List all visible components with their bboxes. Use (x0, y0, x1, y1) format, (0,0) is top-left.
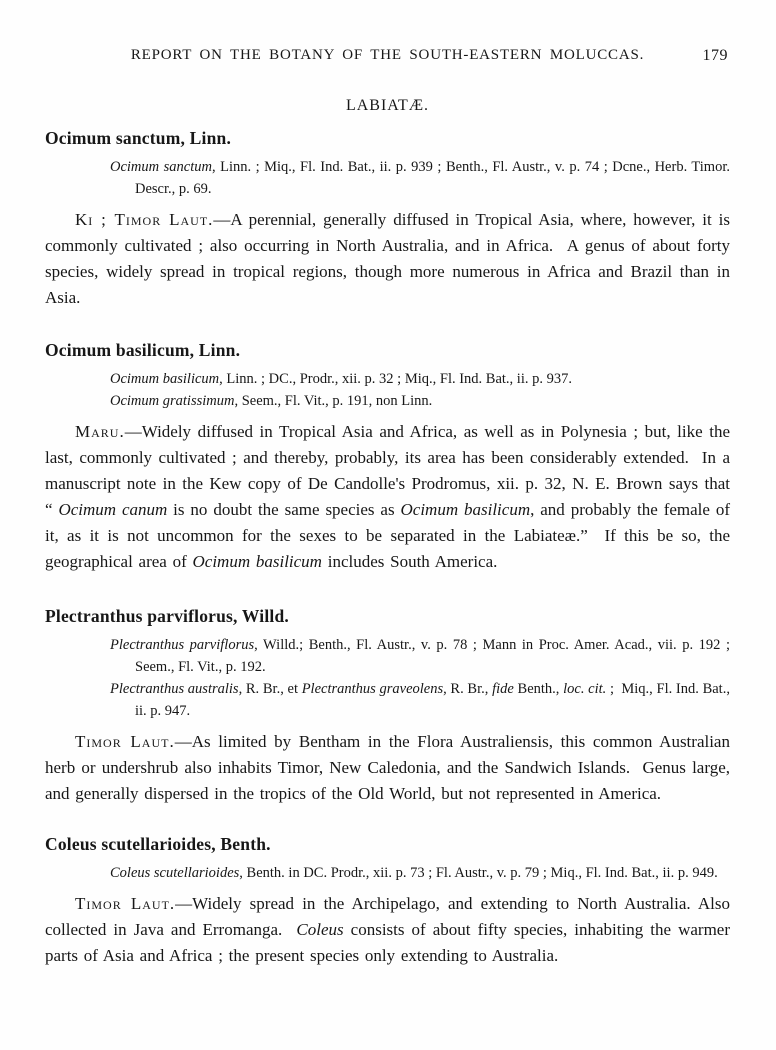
book-page: REPORT ON THE BOTANY OF THE SOUTH-EASTER… (0, 0, 776, 1050)
description-paragraph: Maru.—Widely diffused in Tropical Asia a… (45, 419, 730, 575)
synonymy-citation: Ocimum sanctum, Linn. ; Miq., Fl. Ind. B… (135, 156, 730, 200)
synonymy-citation: Plectranthus australis, R. Br., et Plect… (135, 678, 730, 722)
running-header-title: REPORT ON THE BOTANY OF THE SOUTH-EASTER… (131, 47, 644, 63)
running-header: REPORT ON THE BOTANY OF THE SOUTH-EASTER… (45, 47, 730, 64)
species-heading: Ocimum sanctum, Linn. (45, 128, 730, 149)
description-paragraph: Ki ; Timor Laut.—A perennial, generally … (45, 207, 730, 311)
page-number: 179 (703, 47, 729, 65)
synonymy-citation: Ocimum gratissimum, Seem., Fl. Vit., p. … (135, 390, 730, 412)
section-title: LABIATÆ. (45, 97, 730, 115)
synonymy-citation: Ocimum basilicum, Linn. ; DC., Prodr., x… (135, 368, 730, 390)
synonymy-citation: Coleus scutellarioides, Benth. in DC. Pr… (135, 862, 730, 884)
species-entry-ocimum-sanctum: Ocimum sanctum, Linn. Ocimum sanctum, Li… (45, 128, 730, 311)
species-entry-coleus-scutellarioides: Coleus scutellarioides, Benth. Coleus sc… (45, 834, 730, 969)
description-paragraph: Timor Laut.—As limited by Bentham in the… (45, 729, 730, 807)
description-paragraph: Timor Laut.—Widely spread in the Archipe… (45, 891, 730, 969)
species-heading: Coleus scutellarioides, Benth. (45, 834, 730, 855)
species-heading: Ocimum basilicum, Linn. (45, 340, 730, 361)
species-heading: Plectranthus parviflorus, Willd. (45, 606, 730, 627)
species-entry-ocimum-basilicum: Ocimum basilicum, Linn. Ocimum basilicum… (45, 340, 730, 575)
synonymy-citation: Plectranthus parviflorus, Willd.; Benth.… (135, 634, 730, 678)
species-entry-plectranthus-parviflorus: Plectranthus parviflorus, Willd. Plectra… (45, 606, 730, 807)
